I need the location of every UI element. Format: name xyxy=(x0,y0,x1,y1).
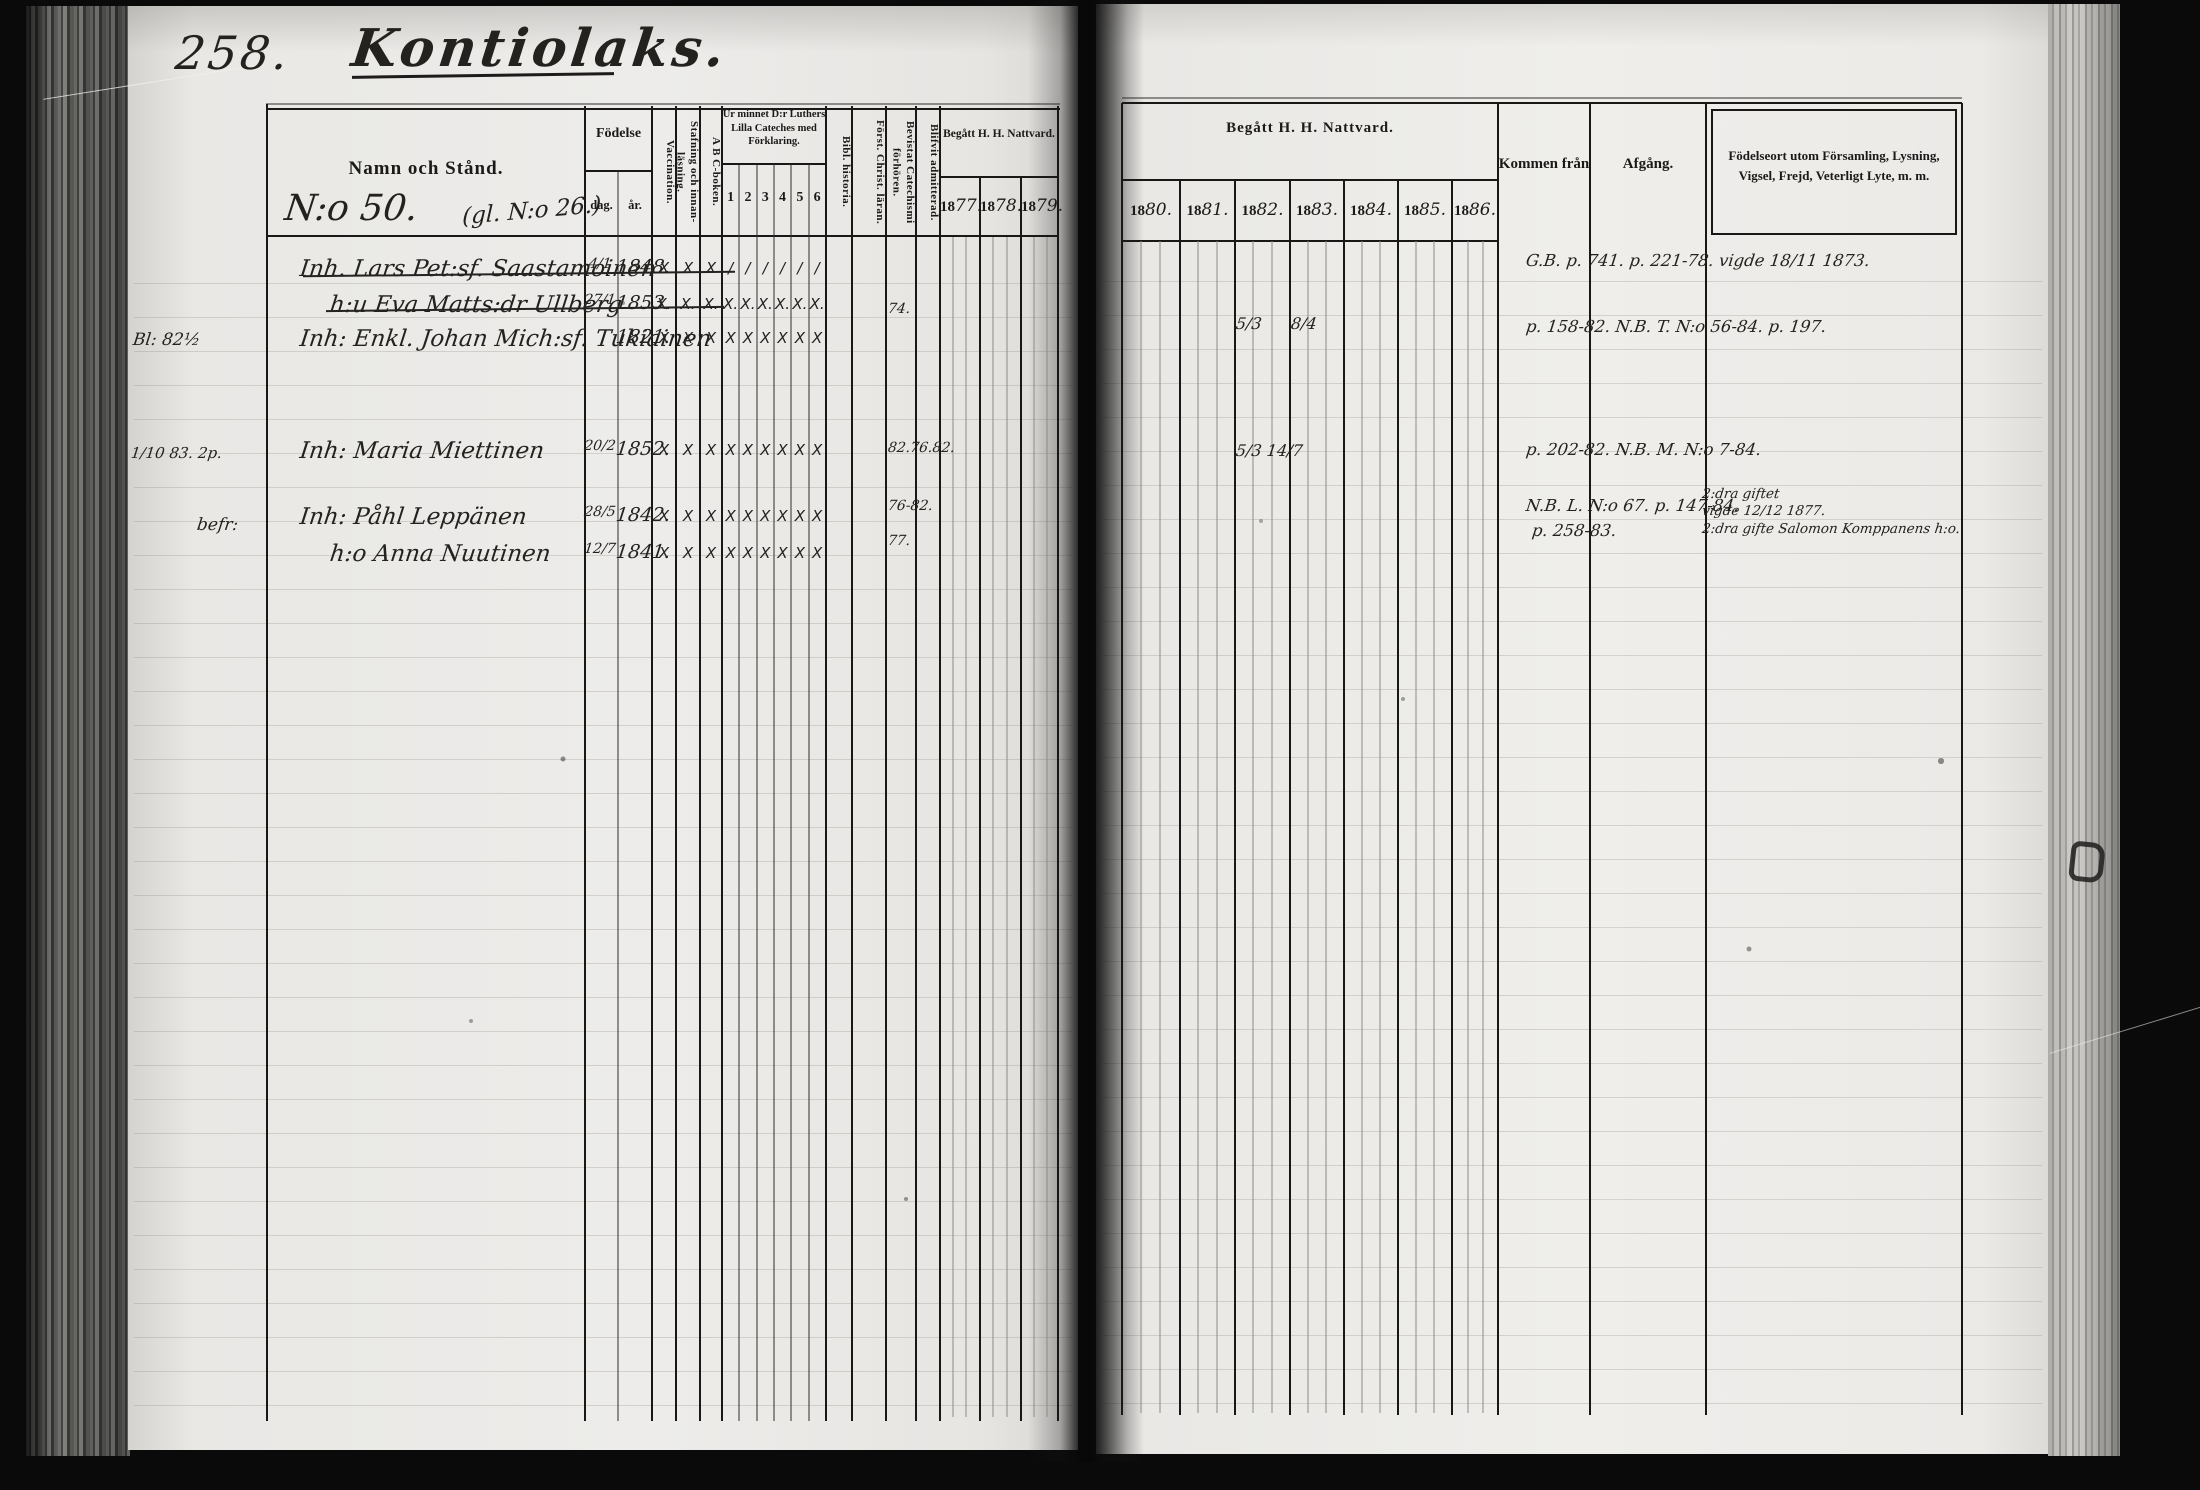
mark-cell: X xyxy=(676,507,700,525)
mark-cell: X xyxy=(722,329,739,347)
mark-cell: X. xyxy=(722,295,739,313)
record-note-2: p. 258-83. xyxy=(1531,521,1618,540)
catechism-col-6: 6 xyxy=(808,190,825,206)
year-written: 80. xyxy=(1145,200,1172,220)
year-header-1880: 1880. xyxy=(1122,200,1180,220)
reading-marks: XXX////// xyxy=(652,259,826,277)
column-header-communion-left: Begått H. H. Nattvard. xyxy=(938,128,1060,140)
mark-cell: X xyxy=(739,507,756,525)
communion-date-1883: 8/4 xyxy=(1290,314,1318,333)
record-note: p. 158-82. N.B. T. N:o 56-84. p. 197. xyxy=(1525,317,1828,336)
mark-cell: X xyxy=(739,544,756,562)
birthplace-header-line1: Födelseort utom Församling, Lysning, xyxy=(1728,148,1939,163)
mark-cell: X. xyxy=(700,295,722,313)
year-header-1883: 1883. xyxy=(1290,200,1344,220)
column-header-birth: Födelse xyxy=(585,126,652,142)
reading-marks: XXXXXXXXX xyxy=(652,329,826,347)
mark-cell: X xyxy=(808,544,825,562)
column-header-catechism: Ur minnet D:r Luthers Lilla Cateches med… xyxy=(722,108,826,149)
year-header-1877: 1877. xyxy=(940,196,980,216)
side-note: vigde 12/12 1877. xyxy=(1701,503,1977,521)
attendance-note: 77. xyxy=(887,533,911,549)
mark-cell: / xyxy=(808,259,825,277)
year-header-1885: 1885. xyxy=(1398,200,1452,220)
mark-cell: X xyxy=(774,544,791,562)
mark-cell: X xyxy=(791,544,808,562)
mark-cell: X xyxy=(676,544,700,562)
mark-cell: X xyxy=(757,329,774,347)
year-header-1882: 1882. xyxy=(1235,200,1290,220)
year-written: 77. xyxy=(955,196,982,216)
mark-cell: X xyxy=(739,441,756,459)
mark-cell: / xyxy=(757,259,774,277)
catechism-col-5: 5 xyxy=(791,190,808,206)
margin-note: Bl: 82½ xyxy=(132,330,202,350)
record-note: p. 202-82. N.B. M. N:o 7-84. xyxy=(1525,440,1762,459)
year-printed: 18 xyxy=(1296,203,1311,219)
book-scan: 258. Kontiolaks. N:o 50. (gl. N:o 26.) N… xyxy=(0,0,2200,1490)
year-header-1886: 1886. xyxy=(1452,200,1498,220)
year-written: 78. xyxy=(995,196,1022,216)
mark-cell: X xyxy=(700,544,722,562)
column-header-christian-doctrine: Först. Christ. läran. xyxy=(852,112,886,232)
mark-cell: / xyxy=(722,259,739,277)
attendance-note: 82.76.82. xyxy=(887,440,956,456)
mark-cell: X. xyxy=(791,295,808,313)
year-printed: 18 xyxy=(1404,203,1419,219)
column-header-abc-book: A B C-boken. xyxy=(700,112,722,232)
mark-cell: X xyxy=(652,259,676,277)
column-header-come-from: Kommen från xyxy=(1498,156,1590,173)
mark-cell: X xyxy=(791,441,808,459)
communion-date-1882: 5/3 xyxy=(1235,314,1263,333)
birthplace-header-line2: Vigsel, Frejd, Veterligt Lyte, m. m. xyxy=(1739,168,1930,183)
mark-cell: / xyxy=(791,259,808,277)
year-written: 83. xyxy=(1311,200,1338,220)
mark-cell: X xyxy=(808,441,825,459)
mark-cell: X. xyxy=(757,295,774,313)
year-printed: 18 xyxy=(1130,203,1145,219)
mark-cell: X xyxy=(700,329,722,347)
year-written: 81. xyxy=(1201,200,1228,220)
communion-date-1882: 5/3 14/7 xyxy=(1235,441,1304,460)
year-header-1878: 1878. xyxy=(980,196,1021,216)
mark-cell: X xyxy=(700,507,722,525)
person-name: Inh: Maria Miettinen xyxy=(298,438,545,464)
year-header-1881: 1881. xyxy=(1180,200,1235,220)
year-printed: 18 xyxy=(940,199,955,215)
household-number: N:o 50. xyxy=(282,188,420,229)
mark-cell: X xyxy=(700,259,722,277)
column-header-departure: Afgång. xyxy=(1590,156,1706,173)
reading-marks: X.X.X.X.X.X.X.X.X. xyxy=(652,295,826,313)
page-number: 258. xyxy=(173,26,294,80)
column-header-catechism-meeting: Bevistat Catechismi förhören. xyxy=(886,112,916,232)
mark-cell: X xyxy=(808,507,825,525)
mark-cell: X xyxy=(774,507,791,525)
year-printed: 18 xyxy=(1241,203,1256,219)
mark-cell: X xyxy=(791,329,808,347)
column-header-spelling: Stafning och innan-läsning. xyxy=(676,112,700,232)
reading-marks: XXXXXXXXX xyxy=(652,441,826,459)
column-header-name: Namn och Stånd. xyxy=(267,158,585,180)
mark-cell: X xyxy=(757,544,774,562)
mark-cell: X xyxy=(808,329,825,347)
record-note: G.B. p. 741. p. 221-78. vigde 18/11 1873… xyxy=(1525,251,1871,270)
mark-cell: X xyxy=(676,259,700,277)
mark-cell: X xyxy=(700,441,722,459)
column-header-admitted: Blifvit admitterad. xyxy=(916,112,940,232)
mark-cell: X xyxy=(722,441,739,459)
year-header-1879: 1879. xyxy=(1021,196,1058,216)
mark-cell: X xyxy=(722,507,739,525)
person-name: Inh: Påhl Leppänen xyxy=(298,504,528,530)
mark-cell: X. xyxy=(808,295,825,313)
year-printed: 18 xyxy=(980,199,995,215)
mark-cell: X. xyxy=(739,295,756,313)
year-header-1884: 1884. xyxy=(1344,200,1398,220)
year-printed: 18 xyxy=(1454,203,1469,219)
mark-cell: X xyxy=(774,329,791,347)
column-header-birthplace-notes: Födelseort utom Församling, Lysning, Vig… xyxy=(1712,146,1956,185)
attendance-note: 76-82. xyxy=(887,498,934,514)
mark-cell: X xyxy=(722,544,739,562)
year-written: 84. xyxy=(1365,200,1392,220)
catechism-col-3: 3 xyxy=(757,190,774,206)
mark-cell: X xyxy=(652,441,676,459)
mark-cell: X xyxy=(652,329,676,347)
mark-cell: X xyxy=(739,329,756,347)
year-written: 82. xyxy=(1256,200,1283,220)
mark-cell: X xyxy=(676,441,700,459)
mark-cell: X xyxy=(757,441,774,459)
year-printed: 18 xyxy=(1186,203,1201,219)
mark-cell: X xyxy=(652,544,676,562)
margin-note: 1/10 83. 2p. xyxy=(130,444,223,462)
person-name: h:o Anna Nuutinen xyxy=(328,541,552,567)
mark-cell: X xyxy=(791,507,808,525)
catechism-col-4: 4 xyxy=(774,190,791,206)
attendance-note: 74. xyxy=(887,301,911,317)
reading-marks: XXXXXXXXX xyxy=(652,507,826,525)
mark-cell: X. xyxy=(774,295,791,313)
mark-cell: X. xyxy=(676,295,700,313)
mark-cell: / xyxy=(739,259,756,277)
mark-cell: X xyxy=(676,329,700,347)
margin-note: befr: xyxy=(196,515,240,535)
column-header-bible-history: Bibl. historia. xyxy=(826,112,852,232)
year-written: 85. xyxy=(1419,200,1446,220)
column-header-communion-right: Begått H. H. Nattvard. xyxy=(1122,120,1498,137)
book-title: Kontiolaks. xyxy=(348,18,731,79)
catechism-col-1: 1 xyxy=(722,190,739,206)
year-printed: 18 xyxy=(1350,203,1365,219)
year-printed: 18 xyxy=(1021,199,1036,215)
mark-cell: X xyxy=(757,507,774,525)
mark-cell: X. xyxy=(652,295,676,313)
year-written: 79. xyxy=(1036,196,1063,216)
column-header-day: dag. xyxy=(585,198,618,213)
mark-cell: X xyxy=(652,507,676,525)
mark-cell: / xyxy=(774,259,791,277)
side-note: 2:dra gifte Salomon Komppanens h:o. xyxy=(1701,521,1977,539)
side-note: 2:dra giftet xyxy=(1701,486,1977,504)
reading-marks: XXXXXXXXX xyxy=(652,544,826,562)
catechism-subcolumns: 1 2 3 4 5 6 xyxy=(722,190,826,206)
year-written: 86. xyxy=(1469,200,1496,220)
mark-cell: X xyxy=(774,441,791,459)
column-header-year: år. xyxy=(618,198,652,213)
catechism-col-2: 2 xyxy=(739,190,756,206)
